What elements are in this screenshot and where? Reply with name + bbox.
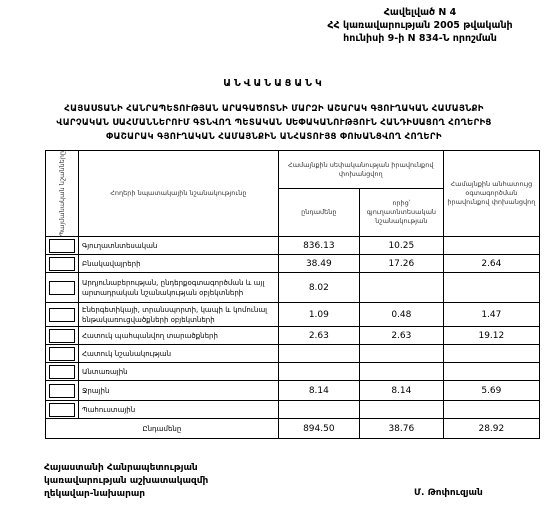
cell-total: 2.63 [278, 327, 359, 345]
header-code: Պայմանական նշանները [46, 151, 79, 237]
row-label: Անտառային [79, 363, 279, 381]
legend-cell [46, 401, 79, 419]
cell-total: 8.14 [278, 381, 359, 401]
table-row: Անտառային [46, 363, 540, 381]
row-label: Պահուստային [79, 401, 279, 419]
row-label: Էներգետիկայի, տրանսպորտի, կապի և կոմունա… [79, 303, 279, 327]
signatory-title: Հայաստանի Հանրապետության կառավարության ա… [44, 462, 208, 501]
signatory-name: Մ. Թոփուզյան [414, 488, 483, 498]
cell-agri [359, 401, 443, 419]
legend-cell [46, 363, 79, 381]
signatory-line: Հայաստանի Հանրապետության [44, 462, 208, 475]
table-row: Հատուկ նշանակության [46, 345, 540, 363]
table-row: Ընդամենը894.5038.7628.92 [46, 419, 540, 439]
cell-total [278, 363, 359, 381]
cell-agri: 38.76 [359, 419, 443, 439]
legend-cell [46, 327, 79, 345]
cell-other [443, 273, 539, 303]
cell-other [443, 237, 539, 255]
cell-other [443, 345, 539, 363]
row-label: Գյուղատնտեսական [79, 237, 279, 255]
legend-swatch-icon [49, 365, 75, 379]
legend-swatch-icon [49, 281, 75, 295]
cell-agri: 10.25 [359, 237, 443, 255]
legend-swatch-icon [49, 329, 75, 343]
row-label: Բնակավայրերի [79, 255, 279, 273]
legend-swatch-icon [49, 347, 75, 361]
cell-agri [359, 273, 443, 303]
table-row: Գյուղատնտեսական836.1310.25 [46, 237, 540, 255]
legend-cell [46, 381, 79, 401]
legend-swatch-icon [49, 384, 75, 398]
document-title: ԱՆՎԱՆԱՑԱՆԿ [0, 78, 548, 89]
table-row: Ջրային8.148.145.69 [46, 381, 540, 401]
header-group: Համայնքին սեփականության իրավունքով փոխան… [278, 151, 443, 189]
cell-total: 836.13 [278, 237, 359, 255]
legend-cell [46, 303, 79, 327]
cell-other: 5.69 [443, 381, 539, 401]
legend-swatch-icon [49, 403, 75, 417]
row-label: Արդյունաբերության, ընդերքօգտագործման և ա… [79, 273, 279, 303]
signatory-line: կառավարության աշխատակազմի [44, 475, 208, 488]
legend-cell [46, 255, 79, 273]
subtitle-line: ՎԱՐՉԱԿԱՆ ՍԱՀՄԱՆՆԵՐՈՒՄ ԳՏՆՎՈՂ ՊԵՏԱԿԱՆ ՍԵՓ… [0, 116, 548, 130]
legend-cell [46, 237, 79, 255]
cell-other: 2.64 [443, 255, 539, 273]
land-table: Պայմանական նշանները Հողերի նպատակային նշ… [45, 150, 540, 439]
table-row: Էներգետիկայի, տրանսպորտի, կապի և կոմունա… [46, 303, 540, 327]
document-subtitle: ՀԱՅԱՍՏԱՆԻ ՀԱՆՐԱՊԵՏՈՒԹՅԱՆ ԱՐԱԳԱԾՈՏՆԻ ՄԱՐԶ… [0, 102, 548, 144]
subtitle-line: ՀԱՅԱՍՏԱՆԻ ՀԱՆՐԱՊԵՏՈՒԹՅԱՆ ԱՐԱԳԱԾՈՏՆԻ ՄԱՐԶ… [0, 102, 548, 116]
appendix-line: հունիսի 9-ի N 834-Ն որոշման [300, 32, 540, 45]
legend-cell [46, 345, 79, 363]
cell-agri: 17.26 [359, 255, 443, 273]
cell-agri: 2.63 [359, 327, 443, 345]
legend-swatch-icon [49, 239, 75, 253]
appendix-line: ՀՀ կառավարության 2005 թվականի [300, 19, 540, 32]
row-label: Ջրային [79, 381, 279, 401]
cell-agri [359, 363, 443, 381]
legend-cell [46, 273, 79, 303]
table-row: Արդյունաբերության, ընդերքօգտագործման և ա… [46, 273, 540, 303]
header-other: Համայնքին անհատույց օգտագործման իրավունք… [443, 151, 539, 237]
appendix-line: Հավելված N 4 [300, 6, 540, 19]
legend-swatch-icon [49, 257, 75, 271]
header-agri: որից՝ գյուղատնտեսական նշանակության [359, 189, 443, 237]
cell-total [278, 345, 359, 363]
cell-agri [359, 345, 443, 363]
appendix-header: Հավելված N 4 ՀՀ կառավարության 2005 թվակա… [300, 6, 540, 45]
table-row: Բնակավայրերի38.4917.262.64 [46, 255, 540, 273]
cell-other: 19.12 [443, 327, 539, 345]
cell-total [278, 401, 359, 419]
cell-other [443, 401, 539, 419]
cell-total: 1.09 [278, 303, 359, 327]
cell-total: 38.49 [278, 255, 359, 273]
row-label: Հատուկ պահպանվող տարածքների [79, 327, 279, 345]
legend-swatch-icon [49, 308, 75, 322]
cell-total: 894.50 [278, 419, 359, 439]
row-label: Հատուկ նշանակության [79, 345, 279, 363]
header-total: ընդամենը [278, 189, 359, 237]
signatory-line: ղեկավար-նախարար [44, 488, 208, 501]
subtitle-line: ՓԱՇԱՐԱԿ ԳՅՈՒՂԱԿԱՆ ՀԱՄԱՅՆՔԻՆ ԱՆՀԱՏՈՒՅՑ ՓՈ… [0, 130, 548, 144]
cell-total: 8.02 [278, 273, 359, 303]
cell-agri: 8.14 [359, 381, 443, 401]
cell-other: 28.92 [443, 419, 539, 439]
header-category: Հողերի նպատակային նշանակությունը [79, 151, 279, 237]
cell-other: 1.47 [443, 303, 539, 327]
table-row: Հատուկ պահպանվող տարածքների2.632.6319.12 [46, 327, 540, 345]
cell-other [443, 363, 539, 381]
cell-agri: 0.48 [359, 303, 443, 327]
total-label: Ընդամենը [46, 419, 279, 439]
table-row: Պահուստային [46, 401, 540, 419]
